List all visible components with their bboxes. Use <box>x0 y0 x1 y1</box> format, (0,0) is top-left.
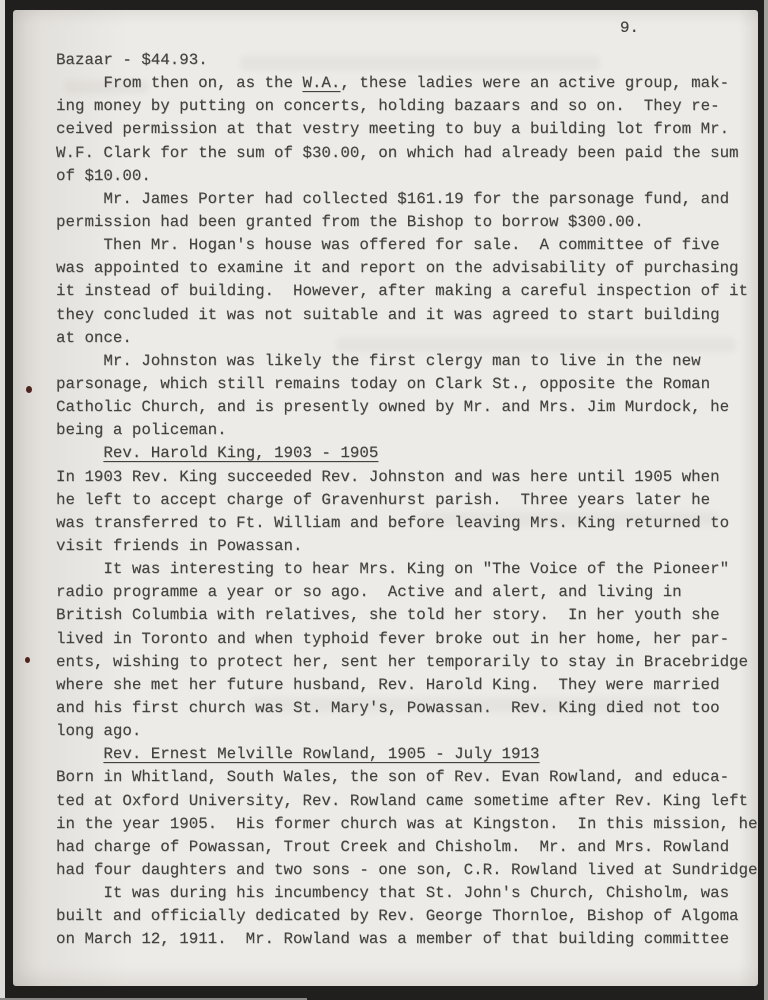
text-line-24: radio programme a year or so ago. Active… <box>56 581 758 604</box>
text-line-8: permission had been granted from the Bis… <box>56 211 758 234</box>
page-number: 9. <box>620 19 639 37</box>
text-line-28: where she met her future husband, Rev. H… <box>56 674 758 697</box>
text-segment: Then Mr. Hogan's house was offered for s… <box>103 236 719 254</box>
text-line-36: had four daughters and two sons - one so… <box>56 859 758 882</box>
text-line-39: on March 12, 1911. Mr. Rowland was a mem… <box>56 928 758 951</box>
text-line-11: it instead of building. However, after m… <box>56 280 758 303</box>
underlined-text: Rev. Harold King, 1903 - 1905 <box>103 444 378 462</box>
text-line-38: built and officially dedicated by Rev. G… <box>56 905 758 928</box>
text-line-12: they concluded it was not suitable and i… <box>56 304 758 327</box>
text-segment: where she met her future husband, Rev. H… <box>56 676 720 694</box>
text-line-5: W.F. Clark for the sum of $30.00, on whi… <box>56 142 758 165</box>
text-line-2: From then on, as the W.A., these ladies … <box>56 72 758 95</box>
text-line-4: ceived permission at that vestry meeting… <box>56 118 758 141</box>
text-segment: had four daughters and two sons - one so… <box>56 861 758 879</box>
text-line-20: he left to accept charge of Gravenhurst … <box>56 489 758 512</box>
text-line-13: at once. <box>56 327 758 350</box>
text-line-23: It was interesting to hear Mrs. King on … <box>56 558 758 581</box>
text-segment: W.F. Clark for the sum of $30.00, on whi… <box>56 144 739 162</box>
text-segment: It was during his incumbency that St. Jo… <box>103 884 729 902</box>
text-line-17: being a policeman. <box>56 419 758 442</box>
text-line-32: Born in Whitland, South Wales, the son o… <box>56 766 758 789</box>
text-segment: lived in Toronto and when typhoid fever … <box>56 630 729 648</box>
text-segment: of $10.00. <box>56 167 151 185</box>
text-line-15: parsonage, which still remains today on … <box>56 373 758 396</box>
text-segment: ceived permission at that vestry meeting… <box>56 120 729 138</box>
text-line-34: in the year 1905. His former church was … <box>56 813 758 836</box>
text-segment: built and officially dedicated by Rev. G… <box>56 907 739 925</box>
text-segment: at once. <box>56 329 132 347</box>
text-segment: visit friends in Powassan. <box>56 537 302 555</box>
text-segment: in the year 1905. His former church was … <box>56 815 758 833</box>
text-line-9: Then Mr. Hogan's house was offered for s… <box>56 234 758 257</box>
underlined-text: Rev. Ernest Melville Rowland, 1905 - Jul… <box>103 745 539 763</box>
text-segment: Mr. Johnston was likely the first clergy… <box>103 352 700 370</box>
text-segment: Mr. James Porter had collected $161.19 f… <box>103 190 729 208</box>
text-segment: Bazaar - $44.93. <box>56 51 208 69</box>
text-line-26: lived in Toronto and when typhoid fever … <box>56 628 758 651</box>
text-segment: it instead of building. However, after m… <box>56 282 748 300</box>
text-segment: Catholic Church, and is presently owned … <box>56 398 729 416</box>
text-line-21: was transferred to Ft. William and befor… <box>56 512 758 535</box>
typewritten-text-block: Bazaar - $44.93.From then on, as the W.A… <box>56 49 758 951</box>
text-segment: radio programme a year or so ago. Active… <box>56 583 682 601</box>
scan-edge-left <box>0 0 5 1000</box>
text-line-27: ents, wishing to protect her, sent her t… <box>56 651 758 674</box>
text-segment: long ago. <box>56 722 141 740</box>
text-segment: British Columbia with relatives, she tol… <box>56 606 720 624</box>
text-segment: being a policeman. <box>56 421 227 439</box>
text-segment: was transferred to Ft. William and befor… <box>56 514 729 532</box>
text-segment: Born in Whitland, South Wales, the son o… <box>56 768 729 786</box>
text-segment: had charge of Powassan, Trout Creek and … <box>56 838 729 856</box>
text-line-10: was appointed to examine it and report o… <box>56 257 758 280</box>
text-segment: they concluded it was not suitable and i… <box>56 306 720 324</box>
text-line-1: Bazaar - $44.93. <box>56 49 758 72</box>
text-segment: ents, wishing to protect her, sent her t… <box>56 653 748 671</box>
text-line-31: Rev. Ernest Melville Rowland, 1905 - Jul… <box>56 743 758 766</box>
text-segment: In 1903 Rev. King succeeded Rev. Johnsto… <box>56 468 720 486</box>
text-line-37: It was during his incumbency that St. Jo… <box>56 882 758 905</box>
text-segment: ted at Oxford University, Rev. Rowland c… <box>56 792 748 810</box>
text-line-18: Rev. Harold King, 1903 - 1905 <box>56 442 758 465</box>
text-segment: ing money by putting on concerts, holdin… <box>56 97 720 115</box>
ink-speck <box>25 657 30 663</box>
text-segment: was appointed to examine it and report o… <box>56 259 739 277</box>
text-line-6: of $10.00. <box>56 165 758 188</box>
text-segment: and his first church was St. Mary's, Pow… <box>56 699 720 717</box>
scan-edge-right <box>764 0 768 1000</box>
text-line-33: ted at Oxford University, Rev. Rowland c… <box>56 790 758 813</box>
text-segment: , these ladies were an active group, mak… <box>340 74 729 92</box>
underlined-text: W.A. <box>302 74 340 92</box>
text-line-25: British Columbia with relatives, she tol… <box>56 604 758 627</box>
document-page: 9. Bazaar - $44.93.From then on, as the … <box>13 10 758 986</box>
text-segment: It was interesting to hear Mrs. King on … <box>103 560 729 578</box>
text-segment: permission had been granted from the Bis… <box>56 213 644 231</box>
text-line-7: Mr. James Porter had collected $161.19 f… <box>56 188 758 211</box>
text-segment: parsonage, which still remains today on … <box>56 375 710 393</box>
scanned-page-photo: 9. Bazaar - $44.93.From then on, as the … <box>0 0 768 1000</box>
text-line-29: and his first church was St. Mary's, Pow… <box>56 697 758 720</box>
text-line-19: In 1903 Rev. King succeeded Rev. Johnsto… <box>56 466 758 489</box>
ink-speck <box>26 386 32 393</box>
text-line-35: had charge of Powassan, Trout Creek and … <box>56 836 758 859</box>
text-line-30: long ago. <box>56 720 758 743</box>
text-line-22: visit friends in Powassan. <box>56 535 758 558</box>
text-line-3: ing money by putting on concerts, holdin… <box>56 95 758 118</box>
text-segment: From then on, as the <box>103 74 302 92</box>
text-segment: he left to accept charge of Gravenhurst … <box>56 491 710 509</box>
text-line-16: Catholic Church, and is presently owned … <box>56 396 758 419</box>
text-line-14: Mr. Johnston was likely the first clergy… <box>56 350 758 373</box>
text-segment: on March 12, 1911. Mr. Rowland was a mem… <box>56 930 729 948</box>
